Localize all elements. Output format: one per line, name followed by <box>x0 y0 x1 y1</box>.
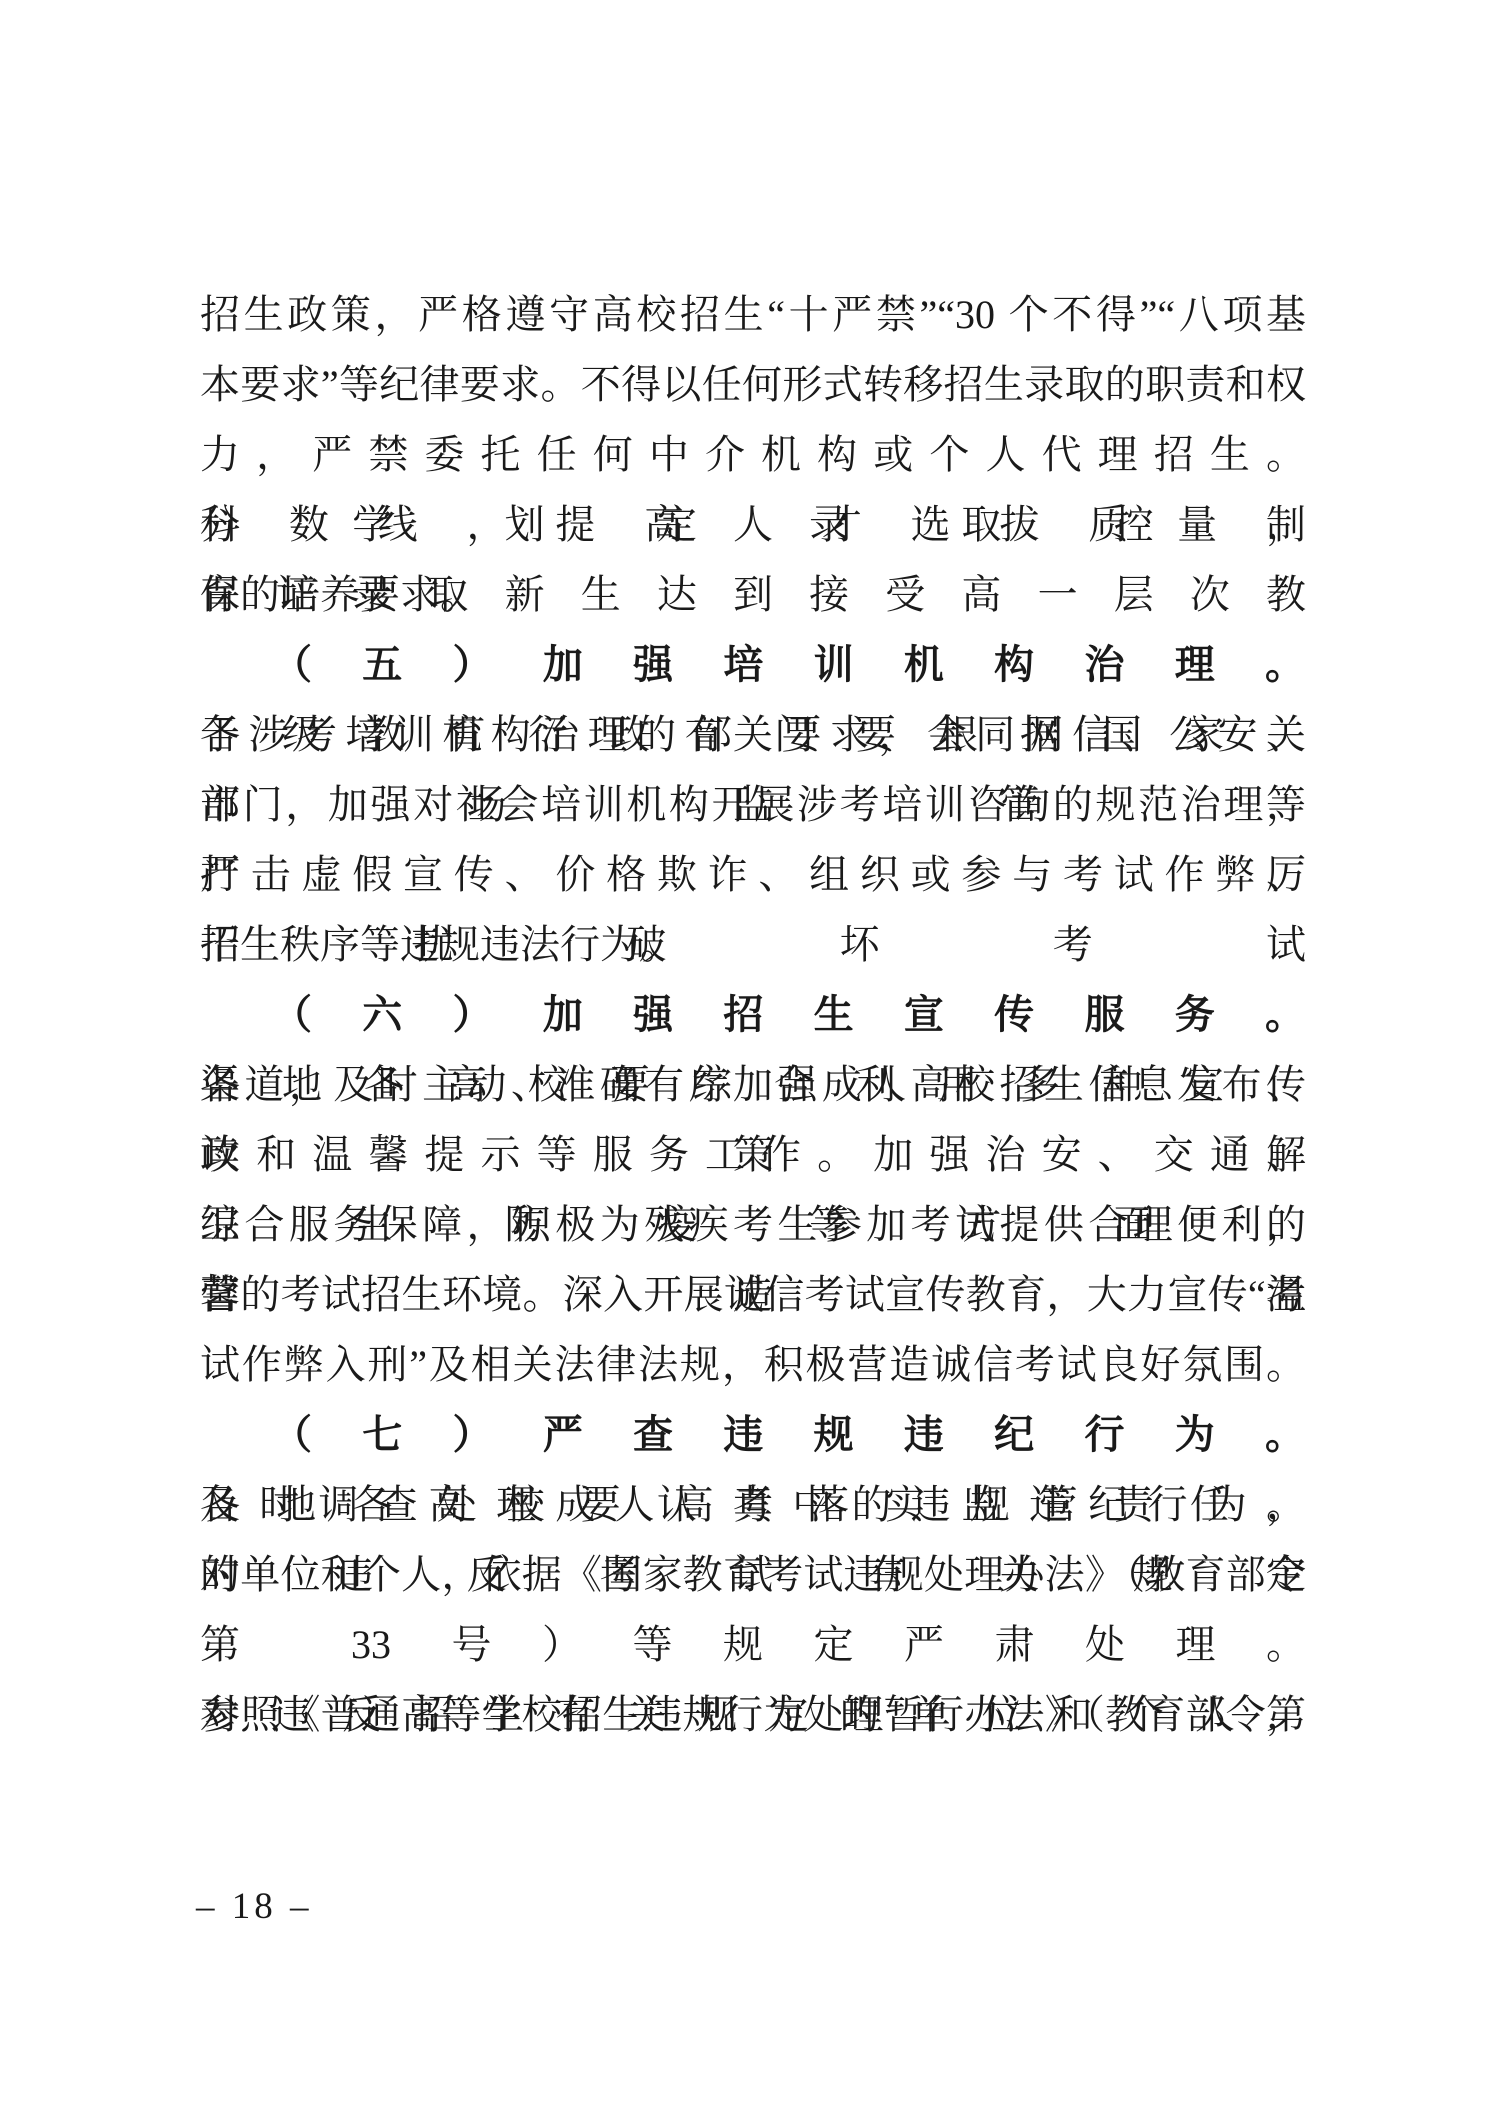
text-line: 力，严禁委托任何中介机构或个人代理招生。科学划定录取控制 <box>200 420 1306 490</box>
text-line: 部门，加强对社会培训机构开展涉考培训咨询的规范治理，严厉 <box>200 770 1306 840</box>
text-line: 试作弊入刑”及相关法律法规，积极营造诚信考试良好氛围。 <box>200 1330 1306 1400</box>
text-segment: 参照《普通高等学校招生违规行为处理暂行办法》（教育部令第 <box>200 1692 1306 1737</box>
text-segment: 育的培养要求。 <box>200 572 480 617</box>
text-line: 参照《普通高等学校招生违规行为处理暂行办法》（教育部令第 <box>200 1680 1306 1750</box>
text-line: 的单位和个人，依据《国家教育考试违规处理办法》（教育部令 <box>200 1540 1306 1610</box>
text-line: 读和温馨提示等服务工作。加强治安、交通、卫生防疫等方面的 <box>200 1120 1306 1190</box>
text-line: （六）加强招生宣传服务。各地各高校要综合利用多种宣传 <box>200 980 1306 1050</box>
text-line: 及时调查处理成人高考中的违规违纪行为。对违反考试有关规定 <box>200 1470 1306 1540</box>
text-line: 渠道，及时主动、准确有序加强成人高校招生信息发布、政策解 <box>200 1050 1306 1120</box>
text-line: 分数线，提高人才选拔质量，保证录取新生达到接受高一层次教 <box>200 490 1306 560</box>
text-line: （五）加强培训机构治理。各级教育行政部门要根据国家关 <box>200 630 1306 700</box>
text-segment: 招生政策，严格遵守高校招生“十严禁”“30 个不得”“八项基 <box>200 292 1306 337</box>
section-heading-segment: （六）加强招生宣传服务。 <box>272 993 1306 1037</box>
page-number: – 18 – <box>196 1882 313 1932</box>
text-line: （七）严查违规违纪行为。各地各高校要认真落实监管责任， <box>200 1400 1306 1470</box>
text-segment: 招生秩序等违规违法行为。 <box>200 922 680 967</box>
section-heading-segment: （七）严查违规违纪行为。 <box>272 1413 1306 1457</box>
text-line: 本要求”等纪律要求。不得以任何形式转移招生录取的职责和权 <box>200 350 1306 420</box>
document-body: 招生政策，严格遵守高校招生“十严禁”“30 个不得”“八项基本要求”等纪律要求。… <box>200 280 1306 1750</box>
text-line: 打击虚假宣传、价格欺诈、组织或参与考试作弊、干扰破坏考试 <box>200 840 1306 910</box>
text-segment: 的单位和个人，依据《国家教育考试违规处理办法》（教育部令 <box>200 1552 1306 1597</box>
text-line: 馨的考试招生环境。深入开展诚信考试宣传教育，大力宣传“考 <box>200 1260 1306 1330</box>
text-segment: 试作弊入刑”及相关法律法规，积极营造诚信考试良好氛围。 <box>200 1342 1306 1387</box>
text-line: 第 33 号）等规定严肃处理。对违反招生有关规定的单位和个人， <box>200 1610 1306 1680</box>
section-heading-segment: （五）加强培训机构治理。 <box>272 643 1306 687</box>
text-line: 招生政策，严格遵守高校招生“十严禁”“30 个不得”“八项基 <box>200 280 1306 350</box>
text-segment: 馨的考试招生环境。深入开展诚信考试宣传教育，大力宣传“考 <box>200 1272 1306 1317</box>
document-page: 招生政策，严格遵守高校招生“十严禁”“30 个不得”“八项基本要求”等纪律要求。… <box>0 0 1497 2117</box>
text-line: 于涉考培训机构治理的有关要求，会同网信、公安、市场监管等 <box>200 700 1306 770</box>
text-segment: 本要求”等纪律要求。不得以任何形式转移招生录取的职责和权 <box>200 362 1306 407</box>
text-line: 综合服务保障，积极为残疾考生参加考试提供合理便利，营造温 <box>200 1190 1306 1260</box>
